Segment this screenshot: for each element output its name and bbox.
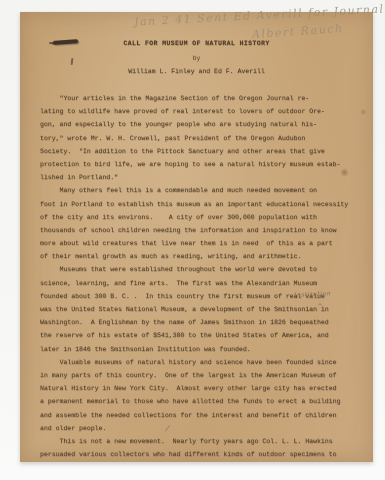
typed-line: Valuable museums of natural history and … [40,356,365,369]
typed-line: thousands of school children needing the… [40,224,365,237]
typed-line: Museums that were established throughout… [40,263,365,276]
typed-line: of the city and its environs. A city of … [40,211,365,224]
scan-background: CALL FOR MUSEUM OF NATURAL HISTORY by Wi… [0,0,385,480]
typed-line: Washington. A Englishman by the name of … [40,316,365,329]
authors-line: William L. Finley and Ed F. Averill [20,68,373,75]
typed-line: in many parts of this country. One of th… [40,369,365,382]
byline: by [20,55,373,62]
typed-line: Many others feel this is a commendable a… [40,184,365,197]
document-title: CALL FOR MUSEUM OF NATURAL HISTORY [20,40,373,47]
typed-line: persuaded various collectors who had dif… [40,448,365,461]
typed-line: gon, and especially to the younger peopl… [40,118,365,131]
document-page: CALL FOR MUSEUM OF NATURAL HISTORY by Wi… [20,12,373,462]
typed-line: tory," wrote Mr. W. H. Crowell, past Pre… [40,132,365,145]
typed-line: "Your articles in the Magazine Section o… [40,92,365,105]
typed-line: more about wild creatures that live near… [40,237,365,250]
typed-line: science, learning, and fine arts. The fi… [40,277,365,290]
typed-line: This is not a new movement. Nearly forty… [40,435,365,448]
typed-line: later in 1846 the Smithsonian Institutio… [40,343,365,356]
typed-line: lating to wildlife have proved of real i… [40,105,365,118]
typed-line: foot in Portland to establish this museu… [40,198,365,211]
typed-line: a permanent memorial to those who have a… [40,395,365,408]
typed-line: and assemble the needed collections for … [40,409,365,422]
typed-line: lished in Portland." [40,171,365,184]
typed-line: of their mental growth as much as readin… [40,250,365,263]
typed-line: the reserve of his estate of $541,380 to… [40,329,365,342]
typed-line: Natural History in New York City. Almost… [40,382,365,395]
typed-line: protection to bird life, we are hoping t… [40,158,365,171]
typed-body-text: "Your articles in the Magazine Section o… [40,92,365,461]
typed-line: Society. "In addition to the Pittock San… [40,145,365,158]
pencil-caret-mark: ^ [317,303,323,311]
typed-line: and older people. [40,422,365,435]
